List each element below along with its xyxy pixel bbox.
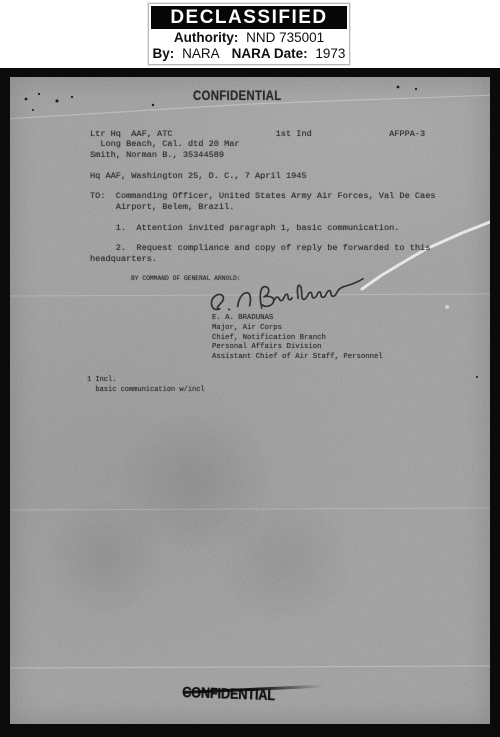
by-value: NARA: [182, 46, 219, 61]
signature-block: E. A. BRADUNAS Major, Air Corps Chief, N…: [212, 314, 383, 363]
document-page: CONFIDENTIAL Ltr Hq AAF, ATC 1st Ind AFP…: [10, 77, 490, 724]
nara-date-value: 1973: [315, 46, 345, 61]
document-body-text: Ltr Hq AAF, ATC 1st Ind AFPPA-3 Long Bea…: [90, 129, 436, 264]
by-label: By:: [153, 46, 175, 61]
confidential-stamp-top: CONFIDENTIAL: [193, 88, 281, 103]
by-command-line: BY COMMAND OF GENERAL ARNOLD:: [131, 275, 241, 283]
declassified-stamp: DECLASSIFIED Authority: NND 735001 By: N…: [148, 3, 350, 65]
nara-date-label: NARA Date:: [232, 46, 308, 61]
authority-label: Authority:: [174, 30, 239, 45]
declassified-title: DECLASSIFIED: [151, 6, 347, 29]
screenshot-root: DECLASSIFIED Authority: NND 735001 By: N…: [0, 0, 500, 737]
by-date-line: By: NARA NARA Date: 1973: [151, 46, 347, 61]
authority-value: NND 735001: [246, 30, 324, 45]
enclosure-block: 1 Incl. basic communication w/incl: [87, 375, 205, 395]
scan-frame: CONFIDENTIAL Ltr Hq AAF, ATC 1st Ind AFP…: [0, 68, 500, 737]
authority-line: Authority: NND 735001: [151, 30, 347, 45]
